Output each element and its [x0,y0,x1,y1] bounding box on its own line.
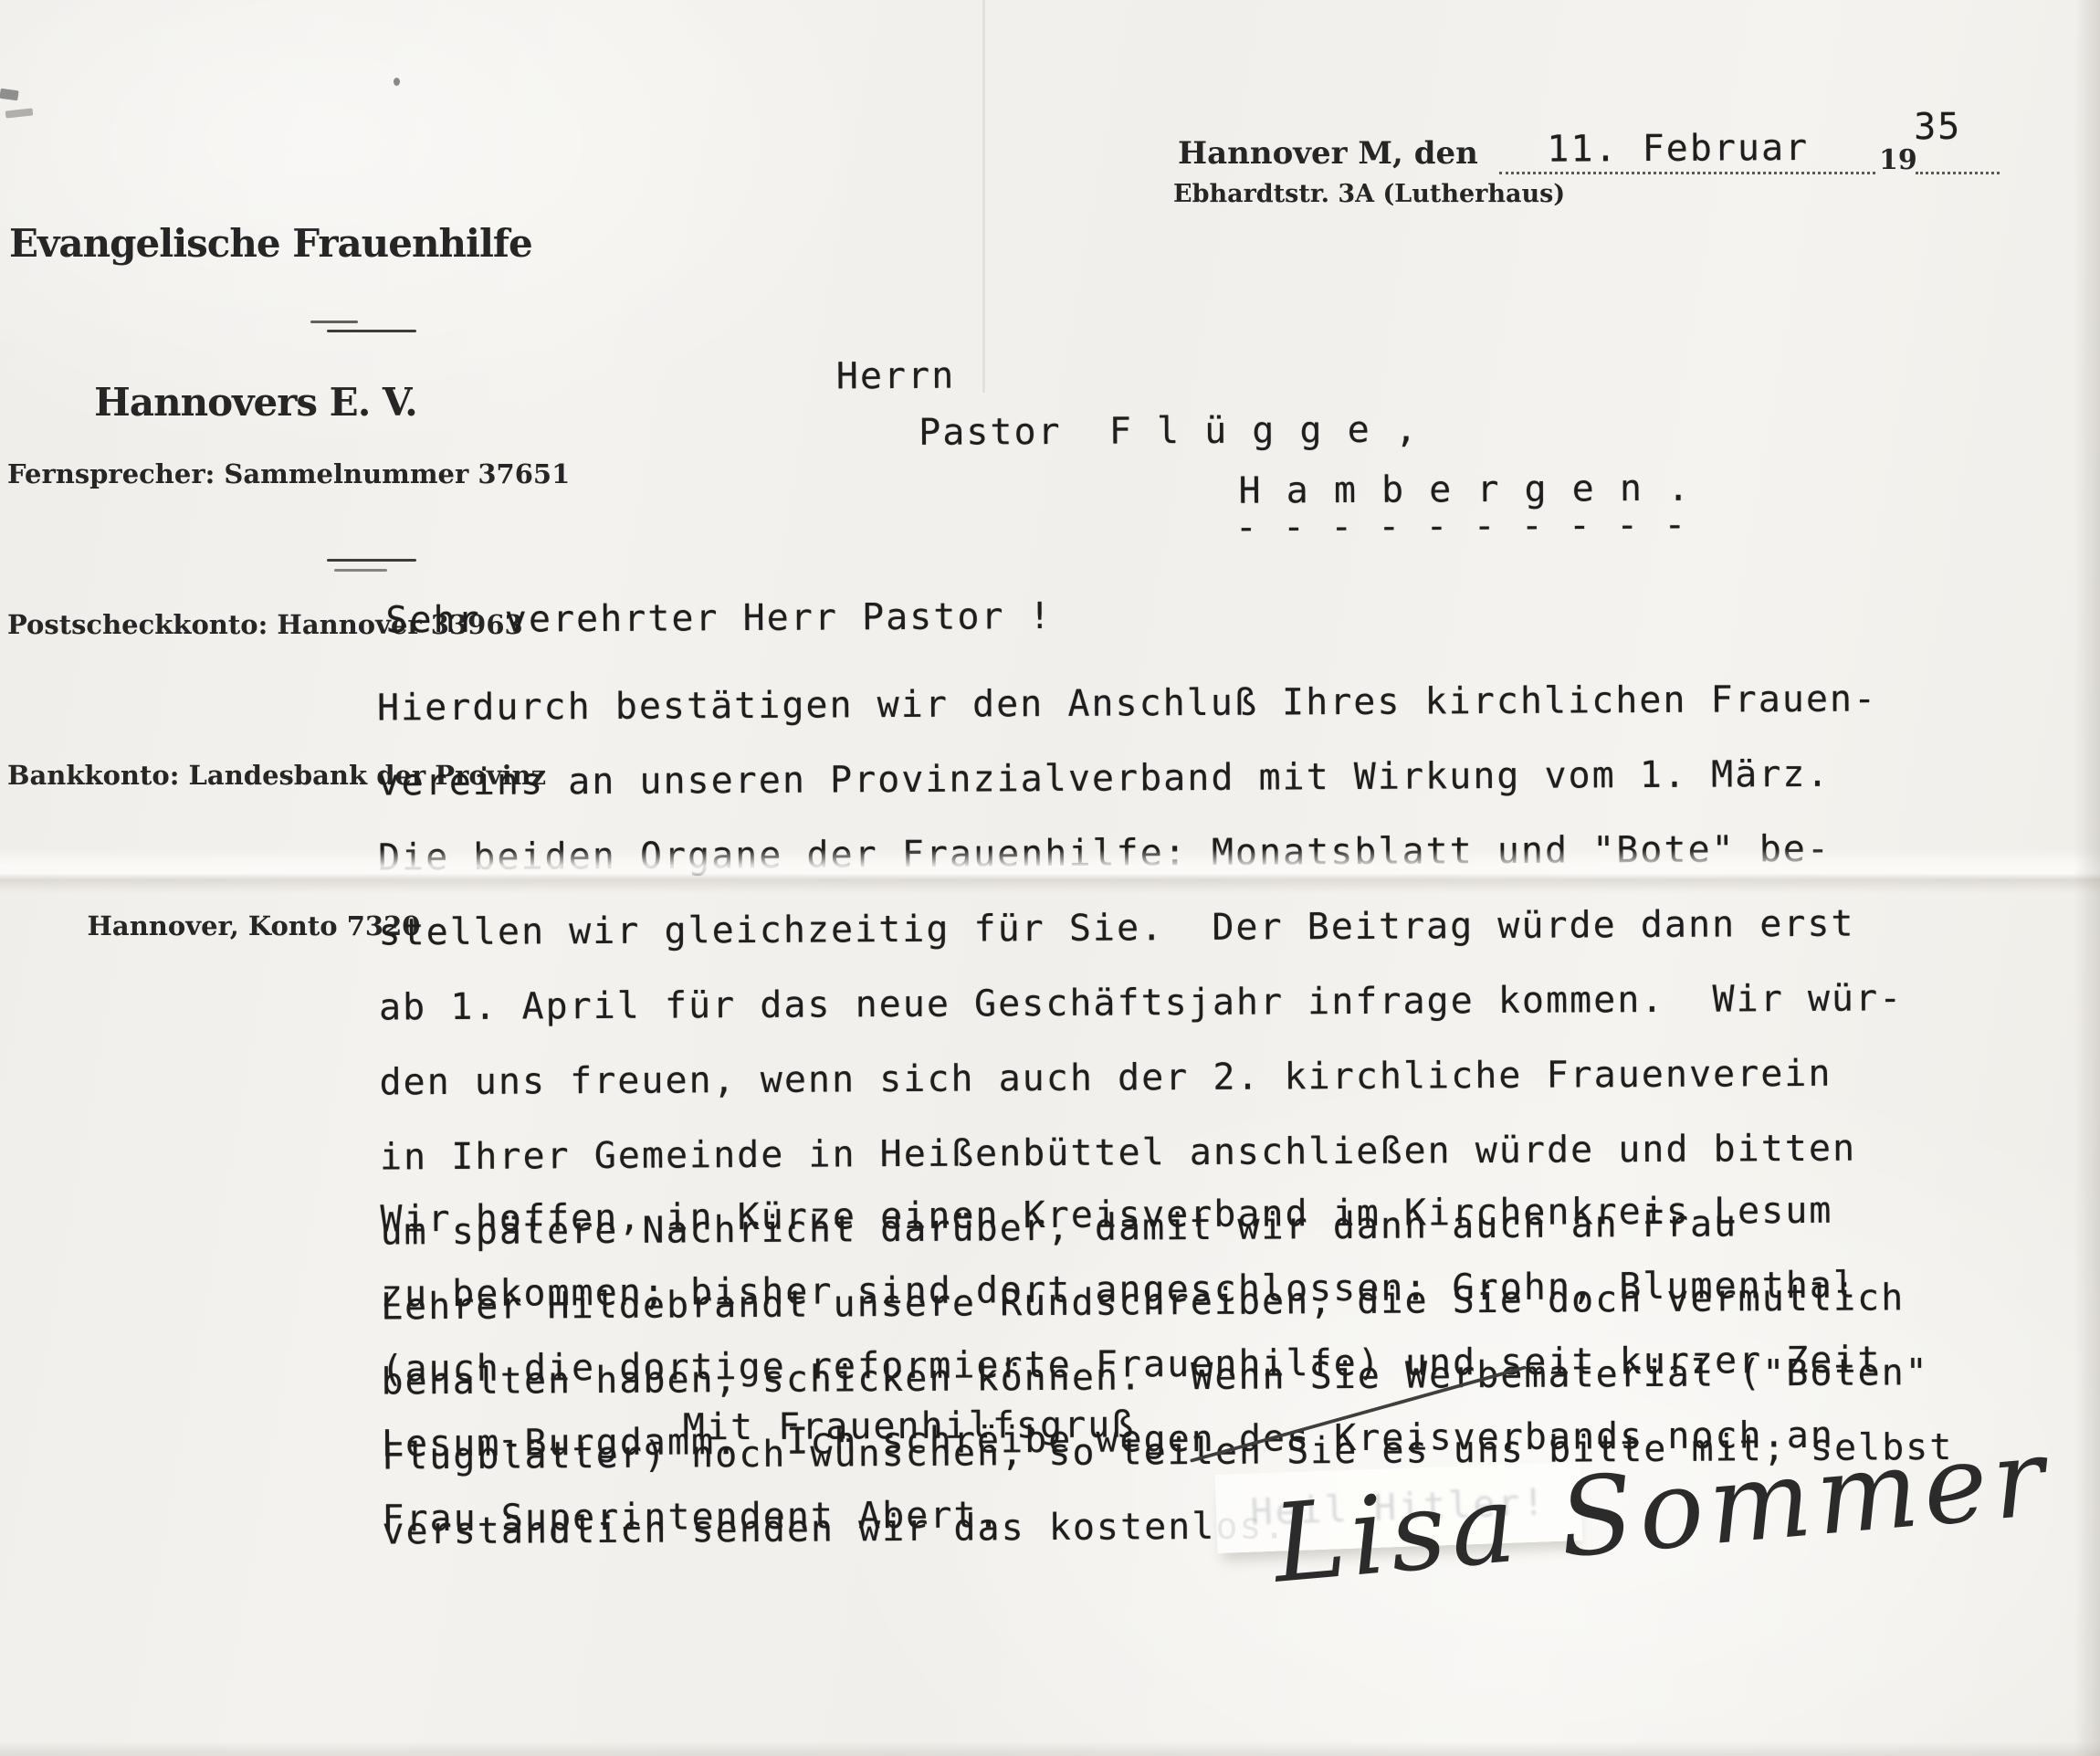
recipient-name: Pastor F l ü g g e , [919,409,1419,454]
body-line: Wir hoffen, in Kürze einen Kreisverband … [380,1189,1880,1238]
recipient-salute: Herrn [836,355,956,398]
typed-year: 35 [1914,106,1961,148]
salutation: Sehr verehrter Herr Pastor ! [385,595,1053,641]
body-line: vereins an unseren Provinzialverband mit… [377,752,1949,803]
page-edge-shadow-bottom [0,1741,2100,1756]
recipient-underline: - - - - - - - - - - [1235,504,1688,549]
body-line: zu bekommen; bisher sind dort angeschlos… [381,1264,1881,1313]
body-line: stellen wir gleichzeitig für Sie. Der Be… [378,902,1950,952]
scanned-letter-document: { "letterhead": { "org_line1": "Evangeli… [0,0,2100,1756]
horizontal-fold-crease [0,849,2100,893]
page-edge-shadow-right [2074,0,2100,1756]
body-line: den uns freuen, wenn sich auch der 2. ki… [379,1052,1951,1102]
body-line: Hierdurch bestätigen wir den Anschluß Ih… [377,678,1949,728]
body-line: ab 1. April für das neue Geschäftsjahr i… [379,977,1951,1027]
body-line: (auch die dortige reformierte Frauenhilf… [381,1339,1881,1388]
typed-date: 11. Februar [1547,127,1809,171]
closing-phrase: Mit Frauenhilfsgruß [683,1404,1136,1448]
